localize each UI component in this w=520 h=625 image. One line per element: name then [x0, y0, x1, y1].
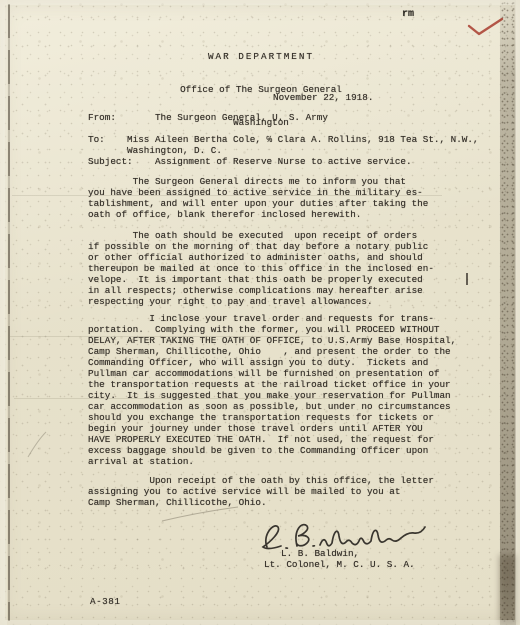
red-check-icon — [463, 13, 507, 39]
date-line: November 22, 1918. — [273, 92, 373, 103]
scan-edge-left-pale — [0, 0, 7, 625]
signature-typed-name: L. B. Baldwin, — [281, 548, 359, 559]
address-block: From: The Surgeon General, U. S. Army To… — [88, 112, 479, 167]
corner-mark: rm — [402, 9, 414, 20]
file-number: A-381 — [90, 596, 120, 607]
text-line — [88, 123, 479, 134]
text-line: The Surgeon General directs me to inform… — [88, 176, 428, 187]
scan-corner-blotch — [499, 555, 517, 625]
text-line: or other official authorized to administ… — [88, 252, 434, 263]
scan-edge-right-shadow — [500, 0, 516, 625]
text-line: should you exchange the transportation r… — [88, 412, 456, 423]
text-line: I inclose your travel order and requests… — [88, 313, 456, 324]
text-line: Subject: Assignment of Reserve Nurse to … — [88, 156, 479, 167]
text-line: you have been assigned to active service… — [88, 187, 428, 198]
letterhead-department: WAR DEPARTMENT — [93, 51, 429, 62]
letter-page: rm WAR DEPARTMENT Office of The Surgeon … — [0, 0, 520, 625]
body-paragraph-4: Upon receipt of the oath by this office,… — [88, 475, 434, 508]
text-line: Pullman car accommodations will be furni… — [88, 368, 456, 379]
text-line: The oath should be executed upon receipt… — [88, 230, 434, 241]
text-line: portation. Complying with the former, yo… — [88, 324, 456, 335]
text-line: oath of office, blank therefor inclosed … — [88, 209, 428, 220]
text-line: Washington, D. C. — [88, 145, 479, 156]
text-line: velope. It is important that this oath b… — [88, 274, 434, 285]
text-line: assigning you to active service will be … — [88, 486, 434, 497]
text-line: city. It is suggested that you make your… — [88, 390, 456, 401]
signature-typed-title: Lt. Colonel, M. C. U. S. A. — [264, 559, 415, 570]
text-line: Camp Sherman, Chillicothe, Ohio , and pr… — [88, 346, 456, 357]
text-line: thereupon be mailed at once to this offi… — [88, 263, 434, 274]
text-line: Upon receipt of the oath by this office,… — [88, 475, 434, 486]
text-line: excess baggage should be given to the Co… — [88, 445, 456, 456]
text-line: DELAY, AFTER TAKING THE OATH OF OFFICE, … — [88, 335, 456, 346]
text-line: Commanding Officer, who will assign you … — [88, 357, 456, 368]
text-line: Camp Sherman, Chillicothe, Ohio. — [88, 497, 434, 508]
text-line: begin your journey under those travel or… — [88, 423, 456, 434]
text-line: To: Miss Aileen Bertha Cole, ℅ Clara A. … — [88, 134, 479, 145]
scan-edge-left-line — [8, 4, 10, 621]
text-line: HAVE PROPERLY EXECUTED THE OATH. If not … — [88, 434, 456, 445]
margin-tick-mark — [466, 273, 468, 285]
text-line: respecting your right to pay and travel … — [88, 296, 434, 307]
body-paragraph-1: The Surgeon General directs me to inform… — [88, 176, 428, 220]
body-paragraph-2: The oath should be executed upon receipt… — [88, 230, 434, 307]
text-line: if possible on the morning of that day b… — [88, 241, 434, 252]
letterhead-office: Office of The Surgeon General — [93, 84, 429, 95]
text-line: in all respects; otherwise complications… — [88, 285, 434, 296]
text-line: tablishment, and will enter upon your du… — [88, 198, 428, 209]
body-paragraph-3: I inclose your travel order and requests… — [88, 313, 456, 467]
text-line: the transportation requests at the railr… — [88, 379, 456, 390]
text-line: From: The Surgeon General, U. S. Army — [88, 112, 479, 123]
text-line: arrival at station. — [88, 456, 456, 467]
text-line: car accommodation as soon as possible, b… — [88, 401, 456, 412]
